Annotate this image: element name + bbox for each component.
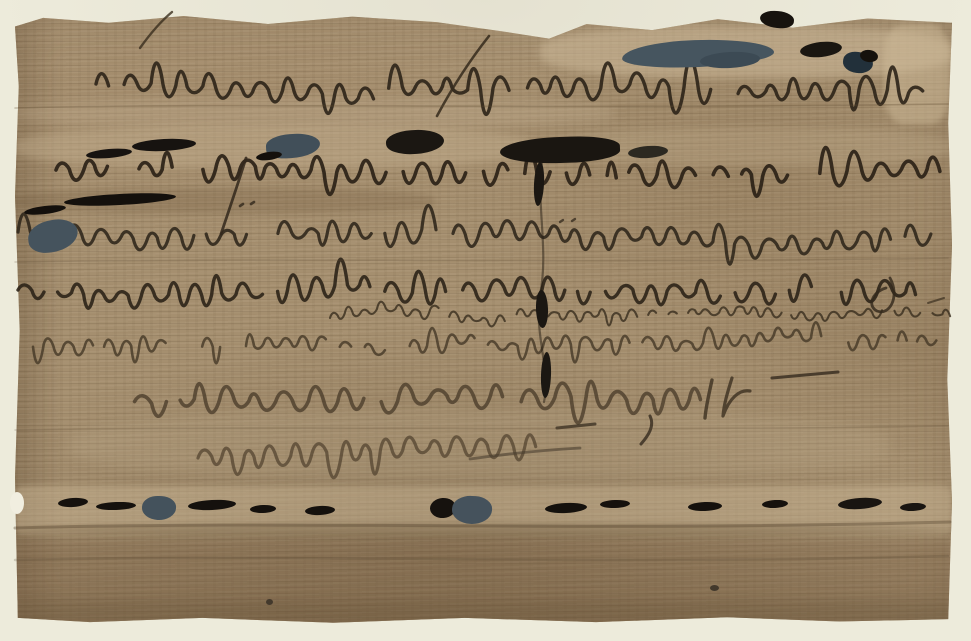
papyrus-hole <box>10 492 24 514</box>
papyrus-patch <box>15 600 952 624</box>
papyrus-patch <box>15 98 615 128</box>
papyrus-hole <box>710 585 719 591</box>
papyrus-hole <box>266 599 273 605</box>
papyrus-fragment <box>15 13 952 624</box>
scan-background: Photograph of an ancient papyrus fragmen… <box>0 0 971 641</box>
papyrus-patch <box>884 24 950 124</box>
papyrus-patch <box>70 410 890 480</box>
papyrus-patch <box>15 524 952 536</box>
